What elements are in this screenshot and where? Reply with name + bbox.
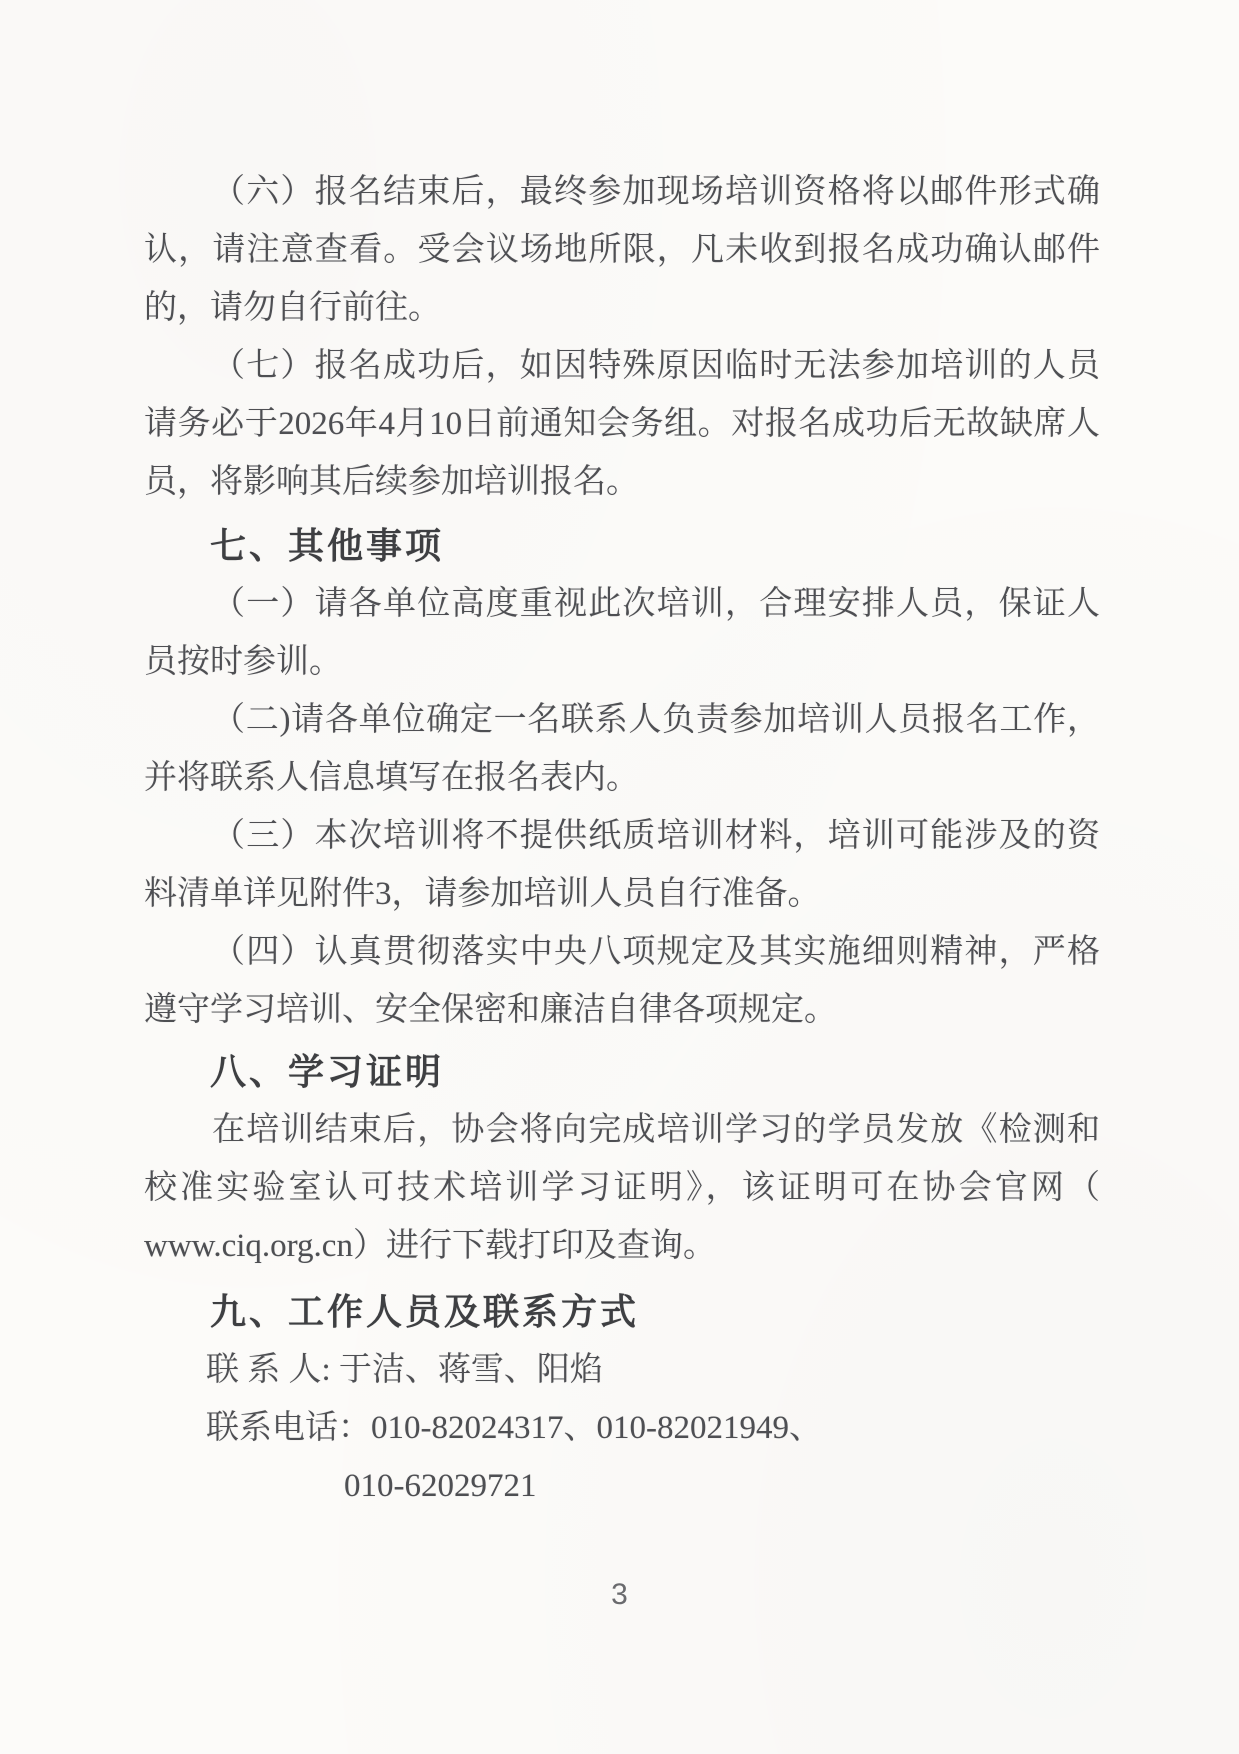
text-line: （一）请各单位高度重视此次培训，合理安排人员，保证人 bbox=[144, 575, 1100, 633]
contact-person-line: 联 系 人: 于洁、蒋雪、阳焰 bbox=[144, 1341, 1100, 1399]
text-line: 的，请勿自行前往。 bbox=[144, 279, 1100, 337]
text-line: 员，将影响其后续参加培训报名。 bbox=[144, 453, 1100, 511]
contact-phone-line: 010-62029721 bbox=[144, 1457, 1100, 1515]
text-line: （六）报名结束后，最终参加现场培训资格将以邮件形式确 bbox=[144, 163, 1100, 221]
text-line: （三）本次培训将不提供纸质培训材料，培训可能涉及的资 bbox=[144, 807, 1100, 865]
text-line: 请务必于2026年4月10日前通知会务组。对报名成功后无故缺席人 bbox=[144, 395, 1100, 453]
text-line: （七）报名成功后，如因特殊原因临时无法参加培训的人员 bbox=[144, 337, 1100, 395]
text-line: 员按时参训。 bbox=[144, 633, 1100, 691]
text-line: （二)请各单位确定一名联系人负责参加培训人员报名工作， bbox=[144, 691, 1100, 749]
section-heading-contacts: 九、工作人员及联系方式 bbox=[144, 1283, 1100, 1341]
text-line: 并将联系人信息填写在报名表内。 bbox=[144, 749, 1100, 807]
section-heading-other-matters: 七、其他事项 bbox=[144, 517, 1100, 575]
paragraph-other-2: （二)请各单位确定一名联系人负责参加培训人员报名工作， 并将联系人信息填写在报名… bbox=[144, 691, 1100, 807]
contact-info: 联 系 人: 于洁、蒋雪、阳焰 联系电话：010-82024317、010-82… bbox=[144, 1341, 1100, 1515]
contact-phone-line: 联系电话：010-82024317、010-82021949、 bbox=[144, 1399, 1100, 1457]
text-line: 在培训结束后，协会将向完成培训学习的学员发放《检测和 bbox=[144, 1101, 1100, 1159]
paragraph-other-4: （四）认真贯彻落实中央八项规定及其实施细则精神，严格 遵守学习培训、安全保密和廉… bbox=[144, 923, 1100, 1039]
text-line: 校准实验室认可技术培训学习证明》，该证明可在协会官网（ bbox=[144, 1159, 1100, 1217]
text-line: （四）认真贯彻落实中央八项规定及其实施细则精神，严格 bbox=[144, 923, 1100, 981]
text-line: 认，请注意查看。受会议场地所限，凡未收到报名成功确认邮件 bbox=[144, 221, 1100, 279]
paragraph-item-six: （六）报名结束后，最终参加现场培训资格将以邮件形式确 认，请注意查看。受会议场地… bbox=[144, 163, 1100, 337]
document-page: （六）报名结束后，最终参加现场培训资格将以邮件形式确 认，请注意查看。受会议场地… bbox=[0, 0, 1239, 1754]
paragraph-other-3: （三）本次培训将不提供纸质培训材料，培训可能涉及的资 料清单详见附件3，请参加培… bbox=[144, 807, 1100, 923]
paragraph-other-1: （一）请各单位高度重视此次培训，合理安排人员，保证人 员按时参训。 bbox=[144, 575, 1100, 691]
text-line: www.ciq.org.cn）进行下载打印及查询。 bbox=[144, 1217, 1100, 1275]
page-number: 3 bbox=[0, 1578, 1239, 1612]
section-heading-certificate: 八、学习证明 bbox=[144, 1043, 1100, 1101]
paragraph-item-seven: （七）报名成功后，如因特殊原因临时无法参加培训的人员 请务必于2026年4月10… bbox=[144, 337, 1100, 511]
text-line: 遵守学习培训、安全保密和廉洁自律各项规定。 bbox=[144, 981, 1100, 1039]
document-body: （六）报名结束后，最终参加现场培训资格将以邮件形式确 认，请注意查看。受会议场地… bbox=[144, 163, 1100, 1515]
paragraph-certificate: 在培训结束后，协会将向完成培训学习的学员发放《检测和 校准实验室认可技术培训学习… bbox=[144, 1101, 1100, 1275]
text-line: 料清单详见附件3，请参加培训人员自行准备。 bbox=[144, 865, 1100, 923]
